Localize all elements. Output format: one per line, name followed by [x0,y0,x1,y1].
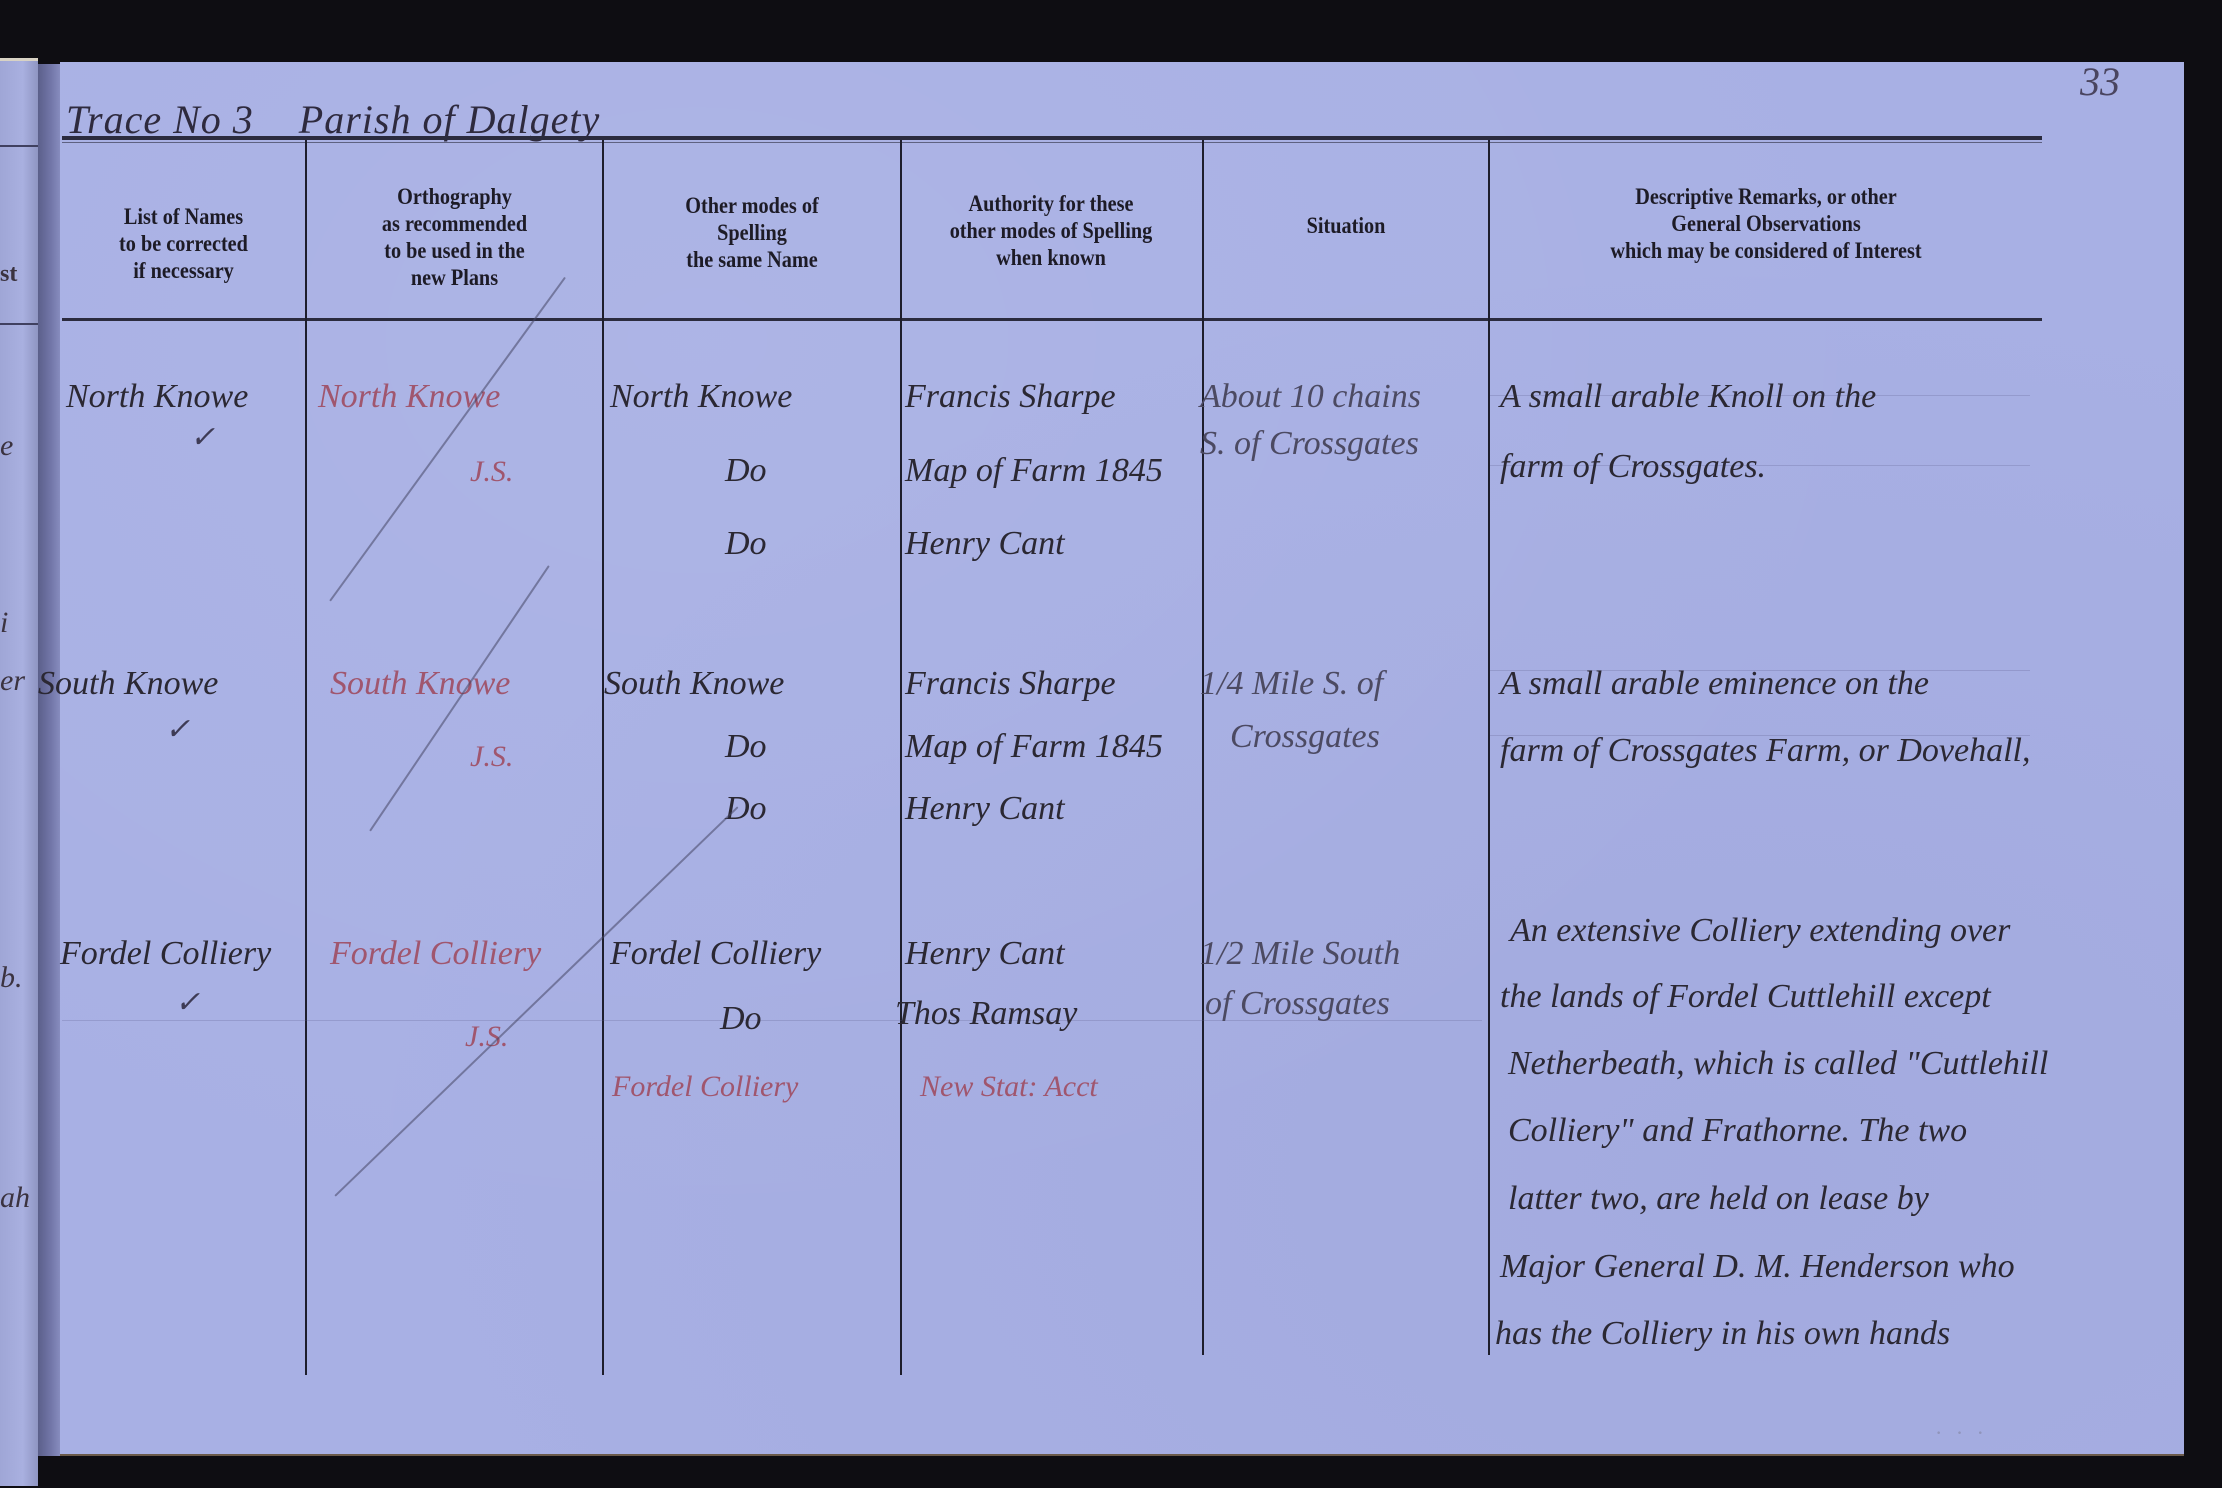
header-line: the same Name [622,246,882,273]
other-mode: Do [725,452,767,490]
situation: About 10 chains [1200,378,1421,416]
header-bottom-rule [62,318,2042,321]
header-line: Other modes of [622,192,882,219]
entry-orthography: North Knowe [318,378,500,416]
orthography-initials: J.S. [470,740,513,774]
authority: Henry Cant [905,935,1065,973]
authority: Francis Sharpe [905,665,1116,703]
header-line: new Plans [325,264,585,291]
column-header-remarks: Descriptive Remarks, or other General Ob… [1523,183,2009,264]
check-mark-icon: ✓ [175,985,200,1020]
header-line: Spelling [622,219,882,246]
prev-page-fragment: st [0,261,17,288]
authority-new-stat: New Stat: Acct [920,1070,1098,1104]
prev-page-fragment: e [0,429,13,463]
situation: 1/2 Mile South [1200,935,1400,973]
situation: Crossgates [1230,718,1380,756]
previous-page-edge: st e i er b. ah [0,58,38,1486]
column-divider [305,140,307,1375]
faint-stamp: · · · [1935,1420,1988,1446]
entry-name: North Knowe [66,378,248,416]
remark-line: the lands of Fordel Cuttlehill except [1500,978,1991,1016]
prev-page-fragment: er [0,664,25,698]
check-mark-icon: ✓ [165,712,190,747]
header-line: List of Names [77,203,291,230]
authority: Map of Farm 1845 [905,728,1163,766]
authority: Map of Farm 1845 [905,452,1163,490]
entry-name: South Knowe [38,665,218,703]
remark-line: Major General D. M. Henderson who [1500,1248,2015,1286]
remark-line: farm of Crossgates Farm, or Dovehall, [1500,732,2030,770]
column-header-other-modes: Other modes of Spelling the same Name [622,192,882,273]
other-mode: Do [720,1000,762,1038]
column-header-authority: Authority for these other modes of Spell… [909,190,1192,271]
entry-orthography: South Knowe [330,665,510,703]
remark-line: A small arable eminence on the [1500,665,1929,703]
header-line: Descriptive Remarks, or other [1523,183,2009,210]
column-divider [602,140,604,1375]
header-line: to be corrected [77,230,291,257]
column-header-situation: Situation [1221,212,1471,239]
header-line: Orthography [325,183,585,210]
situation: 1/4 Mile S. of [1200,665,1383,703]
header-line: Authority for these [909,190,1192,217]
header-line: General Observations [1523,210,2009,237]
orthography-initials: J.S. [470,455,513,489]
remark-line: A small arable Knoll on the [1500,378,1876,416]
other-mode: North Knowe [610,378,792,416]
remark-line: farm of Crossgates. [1500,448,1766,486]
other-mode-new-stat: Fordel Colliery [612,1070,798,1104]
column-divider [1202,140,1204,1355]
entry-orthography: Fordel Colliery [330,935,541,973]
header-line: which may be considered of Interest [1523,237,2009,264]
other-mode: Do [725,728,767,766]
header-line: when known [909,244,1192,271]
remark-line: An extensive Colliery extending over [1510,912,2010,950]
authority: Francis Sharpe [905,378,1116,416]
other-mode: Do [725,790,767,828]
situation: of Crossgates [1205,985,1390,1023]
prev-page-rule [0,323,38,325]
remark-line: Colliery" and Frathorne. The two [1508,1112,1967,1150]
column-header-list-of-names: List of Names to be corrected if necessa… [77,203,291,284]
page-number: 33 [2080,58,2120,105]
check-mark-icon: ✓ [190,420,215,455]
prev-page-fragment: i [0,606,8,640]
authority: Henry Cant [905,525,1065,563]
column-divider [1488,140,1490,1355]
column-divider [900,140,902,1375]
situation: S. of Crossgates [1200,425,1419,463]
prev-page-fragment: ah [0,1181,30,1215]
other-mode: Fordel Colliery [610,935,821,973]
remark-line: Netherbeath, which is called "Cuttlehill [1508,1045,2048,1083]
other-mode: Do [725,525,767,563]
header-top-rule [62,136,2042,140]
prev-page-rule [0,145,38,147]
column-header-orthography: Orthography as recommended to be used in… [325,183,585,291]
header-top-rule-thin [62,142,2042,143]
header-line: Situation [1221,212,1471,239]
prev-page-fragment: b. [0,961,23,995]
header-line: if necessary [77,257,291,284]
entry-name: Fordel Colliery [60,935,271,973]
header-line: to be used in the [325,237,585,264]
remark-line: latter two, are held on lease by [1508,1180,1929,1218]
remark-line: has the Colliery in his own hands [1495,1315,1950,1353]
authority: Henry Cant [905,790,1065,828]
header-line: other modes of Spelling [909,217,1192,244]
header-line: as recommended [325,210,585,237]
other-mode: South Knowe [604,665,784,703]
authority: Thos Ramsay [895,995,1077,1033]
